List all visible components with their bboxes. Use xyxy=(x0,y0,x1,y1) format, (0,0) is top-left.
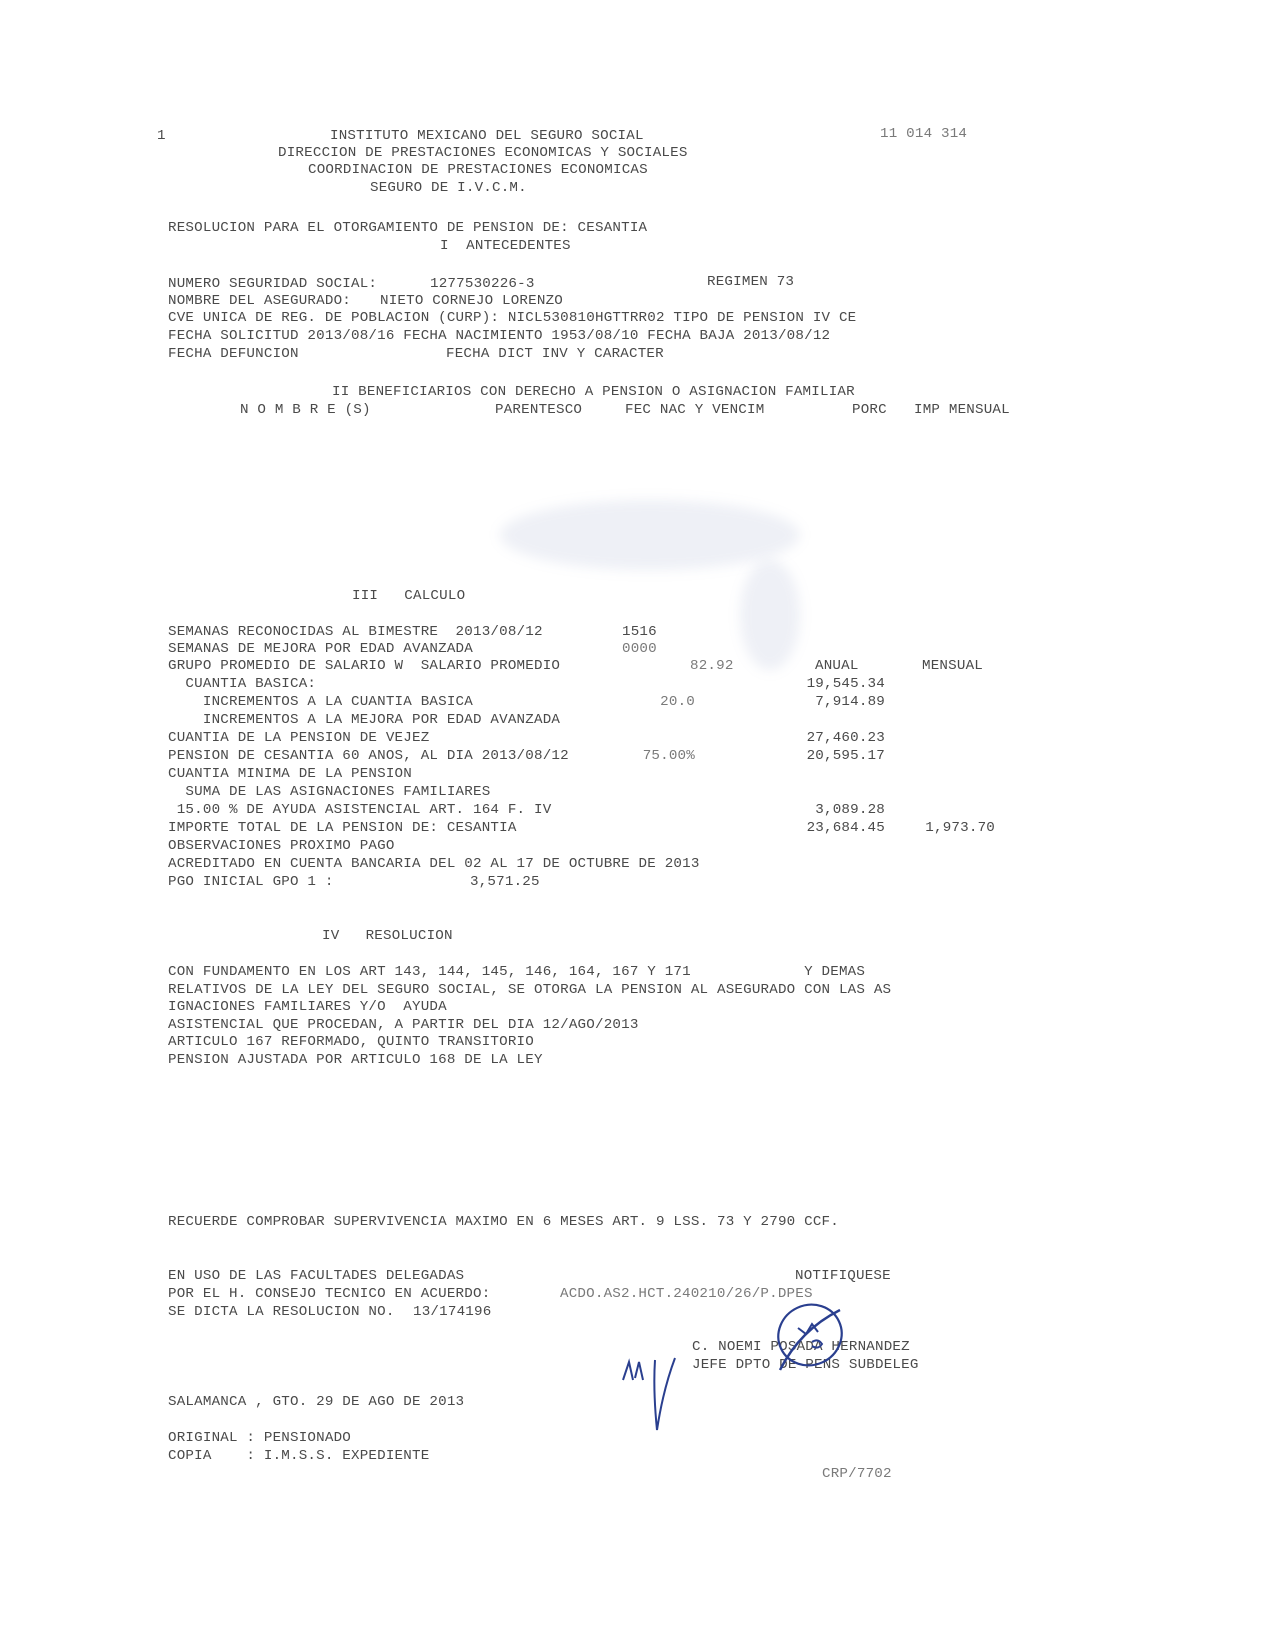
dict-inv-label: FECHA DICT INV Y CARACTER xyxy=(446,346,664,363)
calculo-row-label: CUANTIA BASICA: xyxy=(168,676,316,693)
supervivencia-notice: RECUERDE COMPROBAR SUPERVIVENCIA MAXIMO … xyxy=(168,1214,839,1231)
section-4-heading: IV RESOLUCION xyxy=(322,928,453,945)
resolucion-line: IGNACIONES FAMILIARES Y/O AYUDA xyxy=(168,999,447,1016)
grupo-promedio-label: GRUPO PROMEDIO DE SALARIO W SALARIO PROM… xyxy=(168,658,560,675)
calculo-row-anual: 7,914.89 xyxy=(815,694,885,711)
col-nombres: N O M B R E (S) xyxy=(240,402,371,419)
semanas-reconocidas-label: SEMANAS RECONOCIDAS AL BIMESTRE 2013/08/… xyxy=(168,624,543,641)
defuncion-label: FECHA DEFUNCION xyxy=(168,346,299,363)
semanas-mejora-label: SEMANAS DE MEJORA POR EDAD AVANZADA xyxy=(168,641,473,658)
page-number: 1 xyxy=(157,128,166,145)
col-porc: PORC xyxy=(852,402,887,419)
col-anual: ANUAL xyxy=(815,658,859,675)
nss-label: NUMERO SEGURIDAD SOCIAL: xyxy=(168,276,377,293)
resolucion-line: CON FUNDAMENTO EN LOS ART 143, 144, 145,… xyxy=(168,964,865,981)
document-title: RESOLUCION PARA EL OTORGAMIENTO DE PENSI… xyxy=(168,220,647,237)
official-stamp-icon xyxy=(720,1290,880,1400)
regimen: REGIMEN 73 xyxy=(707,274,794,291)
semanas-reconocidas-value: 1516 xyxy=(622,624,657,641)
calculo-row-label: SUMA DE LAS ASIGNACIONES FAMILIARES xyxy=(168,784,490,801)
calculo-row-label: PENSION DE CESANTIA 60 ANOS, AL DIA 2013… xyxy=(168,748,569,765)
pago-inicial-value: 3,571.25 xyxy=(470,874,540,891)
nombre-value: NIETO CORNEJO LORENZO xyxy=(380,293,563,310)
notifiquese: NOTIFIQUESE xyxy=(795,1268,891,1285)
section-1-heading: I ANTECEDENTES xyxy=(440,238,571,255)
distribucion-original: ORIGINAL : PENSIONADO xyxy=(168,1430,351,1447)
calculo-row-label: 15.00 % DE AYUDA ASISTENCIAL ART. 164 F.… xyxy=(168,802,551,819)
col-imp-mensual: IMP MENSUAL xyxy=(914,402,1010,419)
calculo-row-mensual: 1,973.70 xyxy=(925,820,995,837)
calculo-row-label: INCREMENTOS A LA MEJORA POR EDAD AVANZAD… xyxy=(168,712,560,729)
resolucion-line: ARTICULO 167 REFORMADO, QUINTO TRANSITOR… xyxy=(168,1034,534,1051)
nss-value: 1277530226-3 xyxy=(430,276,535,293)
form-code: CRP/7702 xyxy=(822,1466,892,1483)
section-2-heading: II BENEFICIARIOS CON DERECHO A PENSION O… xyxy=(332,384,855,401)
observaciones: OBSERVACIONES PROXIMO PAGO xyxy=(168,838,395,855)
folio-number: 11 014 314 xyxy=(880,126,967,143)
col-mensual: MENSUAL xyxy=(922,658,983,675)
signature-icon xyxy=(615,1350,685,1440)
calculo-row-anual: 19,545.34 xyxy=(807,676,885,693)
calculo-row-anual: 23,684.45 xyxy=(807,820,885,837)
pago-inicial-label: PGO INICIAL GPO 1 : xyxy=(168,874,334,891)
calculo-row-anual: 20,595.17 xyxy=(807,748,885,765)
col-parentesco: PARENTESCO xyxy=(495,402,582,419)
salario-promedio-value: 82.92 xyxy=(690,658,734,675)
calculo-row-label: IMPORTE TOTAL DE LA PENSION DE: CESANTIA xyxy=(168,820,517,837)
col-fec-nac: FEC NAC Y VENCIM xyxy=(625,402,764,419)
lugar-fecha: SALAMANCA , GTO. 29 DE AGO DE 2013 xyxy=(168,1394,464,1411)
facultades-line3-label: SE DICTA LA RESOLUCION NO. xyxy=(168,1304,395,1321)
header-coordinacion: COORDINACION DE PRESTACIONES ECONOMICAS xyxy=(308,162,648,179)
acreditado-line: ACREDITADO EN CUENTA BANCARIA DEL 02 AL … xyxy=(168,856,700,873)
fechas-line: FECHA SOLICITUD 2013/08/16 FECHA NACIMIE… xyxy=(168,328,830,345)
curp-line: CVE UNICA DE REG. DE POBLACION (CURP): N… xyxy=(168,310,856,327)
header-seguro: SEGURO DE I.V.C.M. xyxy=(370,180,527,197)
scan-smudge xyxy=(740,560,800,670)
resolucion-line: RELATIVOS DE LA LEY DEL SEGURO SOCIAL, S… xyxy=(168,982,891,999)
calculo-row-pct: 20.0 xyxy=(660,694,695,711)
header-direccion: DIRECCION DE PRESTACIONES ECONOMICAS Y S… xyxy=(278,145,688,162)
calculo-row-label: INCREMENTOS A LA CUANTIA BASICA xyxy=(168,694,473,711)
calculo-row-label: CUANTIA MINIMA DE LA PENSION xyxy=(168,766,412,783)
header-institute: INSTITUTO MEXICANO DEL SEGURO SOCIAL xyxy=(330,128,644,145)
facultades-line1: EN USO DE LAS FACULTADES DELEGADAS xyxy=(168,1268,464,1285)
resolucion-line: PENSION AJUSTADA POR ARTICULO 168 DE LA … xyxy=(168,1052,543,1069)
calculo-row-pct: 75.00% xyxy=(643,748,695,765)
nombre-label: NOMBRE DEL ASEGURADO: xyxy=(168,293,351,310)
section-3-heading: III CALCULO xyxy=(352,588,465,605)
calculo-row-anual: 3,089.28 xyxy=(815,802,885,819)
semanas-mejora-value: 0000 xyxy=(622,641,657,658)
calculo-row-anual: 27,460.23 xyxy=(807,730,885,747)
calculo-row-label: CUANTIA DE LA PENSION DE VEJEZ xyxy=(168,730,429,747)
facultades-line2-label: POR EL H. CONSEJO TECNICO EN ACUERDO: xyxy=(168,1286,490,1303)
resolucion-number: 13/174196 xyxy=(413,1304,491,1321)
distribucion-copia: COPIA : I.M.S.S. EXPEDIENTE xyxy=(168,1448,429,1465)
resolucion-line: ASISTENCIAL QUE PROCEDAN, A PARTIR DEL D… xyxy=(168,1017,639,1034)
scan-smudge xyxy=(500,500,800,570)
